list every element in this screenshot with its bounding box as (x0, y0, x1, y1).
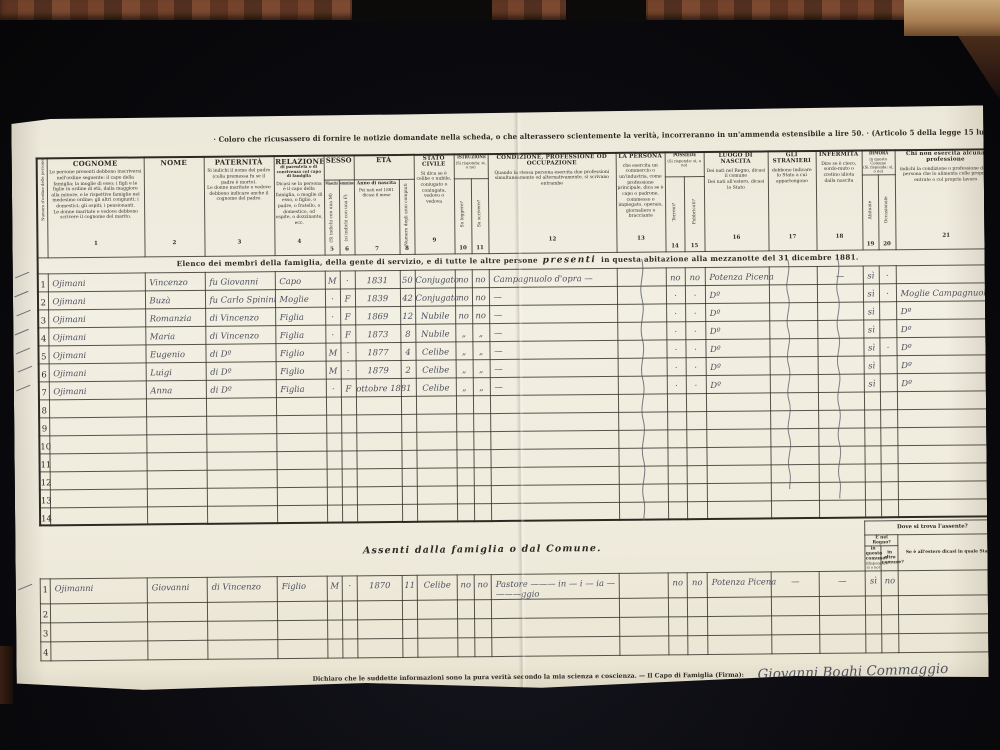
cell-stato (416, 449, 456, 467)
col-persona-title: LA PERSONA (617, 154, 663, 160)
cell-relazione: Moglie (275, 289, 325, 307)
cell-cond (491, 466, 619, 485)
cell-anno: ottobre 1881 (356, 378, 401, 396)
cell-f: · (342, 575, 357, 600)
cell-stran (771, 596, 819, 615)
cell-cognome: Ojimani (49, 380, 146, 399)
cell-anni (403, 619, 418, 638)
cell-scriv (474, 503, 491, 521)
cell-cond: — (489, 322, 617, 341)
cell-anni: 12 (400, 306, 415, 324)
cell-cognome: Ojimani (48, 308, 145, 327)
cell-persona (620, 616, 669, 635)
cell-f (341, 414, 356, 432)
col-anno-nascita-header: Anno di nascita Pei nati nel 1881 dicasi… (354, 179, 400, 254)
cell-terr (668, 465, 687, 483)
cell-scriv (474, 599, 491, 618)
cell-questo (866, 614, 882, 633)
cell-relazione (276, 451, 326, 469)
cell-occ (879, 319, 896, 337)
cell-estero (899, 632, 1000, 652)
cell-persona (619, 501, 668, 519)
col-infermita-header: INFERMITÀ Dire se è cieco, sordo-muto o … (816, 151, 863, 250)
cell-nome (146, 452, 206, 471)
cell-inferm (819, 482, 865, 500)
cell-nome: Romanzia (145, 308, 205, 327)
cell-legg: no (455, 287, 472, 305)
col-dimora-group: DIMORA in questo Comune (Si risponda: sì… (862, 150, 895, 174)
cell-anni (403, 638, 418, 657)
cell-chi (896, 264, 998, 283)
cell-relazione: Figlia (275, 325, 325, 343)
cell-anno (358, 619, 403, 638)
cell-paternita (208, 639, 278, 659)
cell-legg (456, 395, 473, 413)
cell-fabb (686, 411, 706, 429)
cell-stato: Conjugato (415, 269, 455, 287)
cell-persona (617, 321, 666, 339)
cell-paternita: fu Carlo Spinini (205, 289, 275, 308)
cell-chi (898, 480, 1000, 499)
cell-cond (492, 617, 620, 637)
cell-stato (417, 485, 457, 503)
cell-scriv: „ (472, 341, 489, 359)
cell-abit: sì (863, 283, 879, 301)
cell-anni: 8 (400, 324, 415, 342)
cell-m: M (327, 576, 342, 601)
cell-luogo: Dº (705, 338, 769, 357)
cell-relazione (276, 397, 326, 415)
cell-anno: 1877 (355, 342, 400, 360)
cell-legg: „ (456, 377, 473, 395)
col-abituale-label: Abituale (867, 178, 873, 241)
absent-section-title: Assenti dalla famiglia o dal Comune. (70, 540, 895, 559)
cell-abit: sì (864, 355, 880, 373)
cell-cond: — (489, 340, 617, 359)
cell-stran (772, 615, 820, 634)
cell-num: 5 (38, 345, 48, 363)
dark-object-on-table (566, 0, 646, 22)
cell-chi (897, 408, 999, 427)
cell-inferm: — (819, 571, 865, 596)
cell-stato (418, 637, 458, 656)
cell-occ (881, 499, 898, 517)
col-femmine-number: 6 (345, 246, 349, 253)
cell-cond (490, 448, 618, 467)
cell-stato: Celibe (417, 574, 457, 599)
cell-cognome (49, 452, 146, 471)
cell-questo (866, 595, 882, 614)
col-nome-note (145, 169, 202, 170)
col-anni-compiuti-header: Numero degli anni compiuti 8 (399, 179, 415, 254)
cell-luogo (707, 464, 771, 483)
cell-anni: 11 (402, 575, 417, 600)
cell-persona (617, 285, 666, 303)
cell-anni (402, 486, 417, 504)
cell-estero (899, 594, 1000, 614)
cell-luogo (707, 482, 771, 501)
cell-terr: · (666, 285, 685, 303)
cell-paternita (206, 433, 276, 452)
cell-altro: no (881, 570, 898, 595)
cell-cond: — (489, 304, 617, 323)
cell-cognome (50, 506, 147, 525)
cell-num: 2 (40, 603, 50, 622)
col-femmine-header: Femmine (si indichi con una F) 6 (339, 179, 355, 254)
cell-abit: sì (863, 319, 879, 337)
col-possiede-title: POSSIEDE (668, 153, 700, 159)
cell-stato: Celibe (416, 377, 456, 395)
cell-persona (617, 339, 666, 357)
cell-nome: Buzà (145, 290, 205, 309)
cell-cond (490, 394, 618, 413)
census-document-sheet: · Coloro che ricusassero di fornire le n… (11, 105, 989, 698)
cell-abit: sì (863, 337, 879, 355)
cell-occ: · (879, 337, 896, 355)
cell-num: 6 (39, 363, 49, 381)
cell-fabb (687, 501, 707, 519)
col-fabbricati-label: Fabbricati? (691, 180, 697, 243)
col-stato-header: STATO CIVILE Si dica se è celibe o nubil… (414, 154, 455, 253)
col-relazione-subtitle: di parentela o di convivenza col capo di… (275, 165, 322, 179)
cell-scriv: no (472, 305, 489, 323)
cell-paternita: di Dº (206, 379, 276, 398)
cell-m (327, 601, 342, 620)
col-stato-title: STATO CIVILE (415, 156, 452, 168)
cell-paternita (206, 451, 276, 470)
cell-persona (619, 465, 668, 483)
cell-cognome (50, 488, 147, 507)
cell-estero (898, 569, 1000, 595)
cell-occ (880, 355, 897, 373)
cell-stran (770, 392, 818, 410)
cell-legg (458, 618, 475, 637)
cell-cond (492, 636, 620, 656)
cell-cond: Pastore ——— in — i — ia — ———ggio (491, 573, 619, 599)
cell-relazione: Figlia (276, 379, 326, 397)
cell-f: · (340, 342, 355, 360)
cell-persona (618, 375, 667, 393)
cell-estero (899, 613, 1000, 633)
cell-luogo (706, 392, 770, 411)
cell-luogo: Dº (705, 284, 769, 303)
cell-luogo: Dº (706, 374, 770, 393)
cell-fabb: · (685, 321, 705, 339)
cell-nome (148, 621, 208, 641)
col-anni-label: Numero degli anni compiuti (404, 182, 410, 245)
col-condizione-number: 12 (490, 236, 615, 244)
cell-stato (417, 599, 457, 618)
cell-abit: sì (863, 301, 879, 319)
cell-paternita (207, 469, 277, 488)
cell-persona (619, 597, 668, 616)
cell-cond (491, 502, 619, 521)
cell-persona (618, 429, 667, 447)
cell-nome: Maria (145, 326, 205, 345)
cell-relazione: Capo (275, 271, 325, 289)
cell-relazione: Figlio (275, 343, 325, 361)
cell-legg (457, 599, 474, 618)
cell-stato (417, 467, 457, 485)
cell-anno: 1869 (355, 306, 400, 324)
cell-anni (401, 396, 416, 414)
cell-occ (879, 301, 896, 319)
cell-legg (457, 485, 474, 503)
cell-m: M (326, 361, 341, 379)
cell-anni: 50 (400, 270, 415, 288)
cell-num: 14 (40, 507, 50, 525)
cell-f: · (340, 270, 355, 288)
cell-legg: no (457, 574, 474, 599)
cell-f (342, 600, 357, 619)
cell-occ (880, 409, 897, 427)
cell-paternita (206, 397, 276, 416)
cell-paternita (206, 415, 276, 434)
cell-fabb: · (686, 357, 706, 375)
cell-altro (882, 595, 899, 614)
cell-chi: Dº (896, 336, 998, 355)
cell-legg: „ (455, 323, 472, 341)
cell-terr (668, 483, 687, 501)
col-maschi-note: (Si indichi con una M) (329, 188, 335, 246)
col-paternita-header: PATERNITÀ Si indichi il nome del padre (… (204, 156, 275, 256)
col-anno-number: 7 (375, 246, 379, 253)
cell-fabb (686, 393, 706, 411)
cell-scriv (473, 413, 490, 431)
cell-stran (770, 374, 818, 392)
col-stato-note: Si dica se è celibe o nubile, coniugato … (415, 171, 452, 205)
wooden-table-sliver (0, 646, 13, 704)
cell-m (327, 505, 342, 523)
cell-legg (457, 503, 474, 521)
margin-check-mark (16, 310, 30, 317)
cell-cognome: Ojimani (49, 362, 146, 381)
cell-scriv: „ (472, 323, 489, 341)
cell-inferm (820, 615, 866, 634)
col-occasionale-header: Occasionale 20 (878, 174, 896, 249)
cell-stato (416, 395, 456, 413)
cell-nome (148, 640, 208, 660)
col-condizione-header: CONDIZIONE, PROFESSIONE OD OCCUPAZIONE Q… (488, 153, 617, 253)
cell-stran (770, 428, 818, 446)
margin-check-mark (14, 291, 28, 298)
cell-f: F (340, 288, 355, 306)
cell-num: 8 (39, 399, 49, 417)
cell-stran (770, 446, 818, 464)
cell-nome: Giovanni (147, 577, 207, 603)
absent-abroad-label: Se è all'estero dicasi in quale Stato (898, 534, 1000, 571)
cell-m (326, 397, 341, 415)
cell-inferm (817, 320, 863, 338)
cell-inferm (818, 410, 864, 428)
cell-terr: · (666, 303, 685, 321)
cell-relazione (276, 433, 326, 451)
cell-legg: no (455, 269, 472, 287)
cell-inferm (818, 374, 864, 392)
cell-fabb (687, 597, 707, 616)
declaration-text: Dichiaro che le suddette informazioni so… (313, 671, 744, 682)
cell-anno (356, 450, 401, 468)
present-persons-table: Numero d'ordine delle persone COGNOME Le… (36, 148, 1000, 526)
cell-inferm: — (817, 266, 863, 284)
col-fabbricati-header: Fabbricati? 15 (684, 176, 705, 251)
cell-cognome (51, 640, 148, 660)
cell-stato (417, 503, 457, 521)
col-stato-number: 9 (416, 237, 453, 244)
cell-cognome: Ojimani (48, 344, 145, 363)
cell-stran (771, 464, 819, 482)
col-nome-number: 2 (146, 240, 203, 248)
cell-terr: no (666, 267, 685, 285)
col-luogo-note: Dei nati nel Regno, dicasi il comune Dei… (705, 168, 766, 191)
cell-relazione: Figlia (275, 307, 325, 325)
cell-cond: — (490, 376, 618, 395)
cell-paternita: di Dº (206, 361, 276, 380)
col-occasionale-label: Occasionale (884, 178, 890, 241)
cell-m (326, 451, 341, 469)
present-list-title-prefix: Elenco dei membri della famiglia, della … (177, 256, 538, 268)
cell-persona (619, 572, 668, 597)
cell-anni: 42 (400, 288, 415, 306)
cell-luogo: Dº (705, 320, 769, 339)
cell-num: 3 (41, 622, 51, 641)
cell-fabb: · (686, 375, 706, 393)
col-chi-header: Chi non esercita alcuna professione indi… (895, 149, 998, 249)
cell-chi: Dº (897, 354, 999, 373)
cell-num: 11 (39, 453, 49, 471)
cell-scriv (475, 618, 492, 637)
cell-anno (358, 638, 403, 657)
cell-chi: Dº (896, 300, 998, 319)
col-infermita-title: INFERMITÀ (817, 153, 860, 159)
col-occasionale-number: 20 (883, 241, 891, 248)
cell-scriv: no (474, 574, 491, 599)
cell-anni: 2 (401, 360, 416, 378)
cell-m (327, 469, 342, 487)
col-abituale-header: Abituale 19 (862, 174, 879, 249)
cell-stran (772, 634, 820, 653)
cell-num: 1 (38, 273, 48, 291)
cell-terr: · (666, 339, 685, 357)
cell-luogo (706, 410, 770, 429)
cell-stato: Conjugata (415, 287, 455, 305)
cell-terr (669, 635, 688, 654)
cell-anno (356, 414, 401, 432)
margin-check-mark (16, 385, 30, 392)
cell-stato (416, 413, 456, 431)
cell-abit (865, 481, 881, 499)
cell-f: · (341, 360, 356, 378)
declaration-line: Dichiaro che le suddette informazioni so… (17, 662, 975, 689)
col-relazione-number: 4 (276, 239, 323, 246)
cell-luogo (708, 634, 772, 654)
cell-legg (458, 637, 475, 656)
cell-luogo: Potenza Picena (705, 266, 769, 285)
col-stranieri-note: debbono indicare lo Stato a cui apparten… (769, 168, 814, 185)
col-persona-number: 13 (618, 235, 664, 242)
cell-abit (864, 391, 880, 409)
cell-f (343, 638, 358, 657)
cell-nome (147, 506, 207, 525)
cell-stran (769, 302, 817, 320)
cell-chi (898, 498, 1000, 517)
col-condizione-note: Quando la stessa persona esercita due pr… (489, 170, 614, 188)
margin-check-mark (16, 348, 30, 355)
cell-legg (456, 431, 473, 449)
col-sa-scrivere-header: Sa scrivere? 11 (471, 178, 489, 253)
cell-paternita: di Vincenzo (205, 307, 275, 326)
cell-fabb: · (685, 285, 705, 303)
cell-stran (771, 482, 819, 500)
cell-num: 3 (38, 309, 48, 327)
col-istruzione-group: ISTRUZIONE (Si risponda: sì, o no) (454, 154, 488, 178)
col-infermita-number: 18 (818, 234, 861, 241)
cell-stran (770, 356, 818, 374)
cell-terr (668, 597, 687, 616)
dark-object-on-table (352, 0, 492, 22)
cell-anno: 1839 (355, 288, 400, 306)
cell-altro (882, 614, 899, 633)
cell-m: · (325, 307, 340, 325)
cell-stato: Celibe (415, 341, 455, 359)
cell-stran (769, 266, 817, 284)
cell-terr (667, 429, 686, 447)
cell-m: M (325, 343, 340, 361)
cell-occ: · (879, 265, 896, 283)
cell-num: 12 (40, 471, 50, 489)
cell-scriv: no (472, 269, 489, 287)
legal-warning-line: · Coloro che ricusassero di fornire le n… (213, 127, 955, 144)
cell-questo (866, 633, 882, 652)
cell-terr (667, 393, 686, 411)
cell-relazione (277, 505, 327, 523)
col-maschi-number: 5 (330, 246, 334, 253)
col-paternita-title: PATERNITÀ (205, 158, 272, 166)
cell-nome (146, 416, 206, 435)
cell-fabb (687, 483, 707, 501)
col-persona-header: LA PERSONA che esercita un commercio o u… (616, 152, 666, 251)
cell-occ: · (879, 283, 896, 301)
cell-num: 13 (40, 489, 50, 507)
cell-cognome (50, 470, 147, 489)
cell-inferm (817, 284, 863, 302)
cell-cognome: Ojimani (48, 272, 145, 291)
cell-abit: sì (863, 265, 879, 283)
cell-occ (880, 427, 897, 445)
col-infermita-note: Dire se è cieco, sordo-muto o cretino id… (817, 161, 860, 184)
cell-scriv (474, 467, 491, 485)
cell-luogo (706, 428, 770, 447)
col-sesso-title: SESSO (324, 156, 353, 164)
cell-m: · (325, 325, 340, 343)
margin-check-mark (18, 584, 32, 591)
cell-num: 4 (41, 641, 51, 660)
wooden-table-corner (904, 0, 1000, 36)
cell-cond: Campagnuolo d'opra — (489, 268, 617, 287)
col-istruzione-note: (Si risponda: sì, o no) (454, 161, 487, 170)
cell-terr: · (666, 321, 685, 339)
col-anni-number: 8 (405, 245, 409, 252)
col-fabbricati-number: 15 (691, 243, 699, 250)
cell-cognome (49, 398, 146, 417)
cell-relazione (278, 639, 328, 658)
photo-backdrop: · Coloro che ricusassero di fornire le n… (0, 0, 1000, 750)
col-maschi-label: Maschi (325, 181, 338, 186)
cell-paternita (207, 505, 277, 524)
cell-legg (456, 413, 473, 431)
cell-paternita (208, 620, 278, 640)
absent-section-heading-area: Assenti dalla famiglia o dal Comune. (40, 521, 866, 578)
